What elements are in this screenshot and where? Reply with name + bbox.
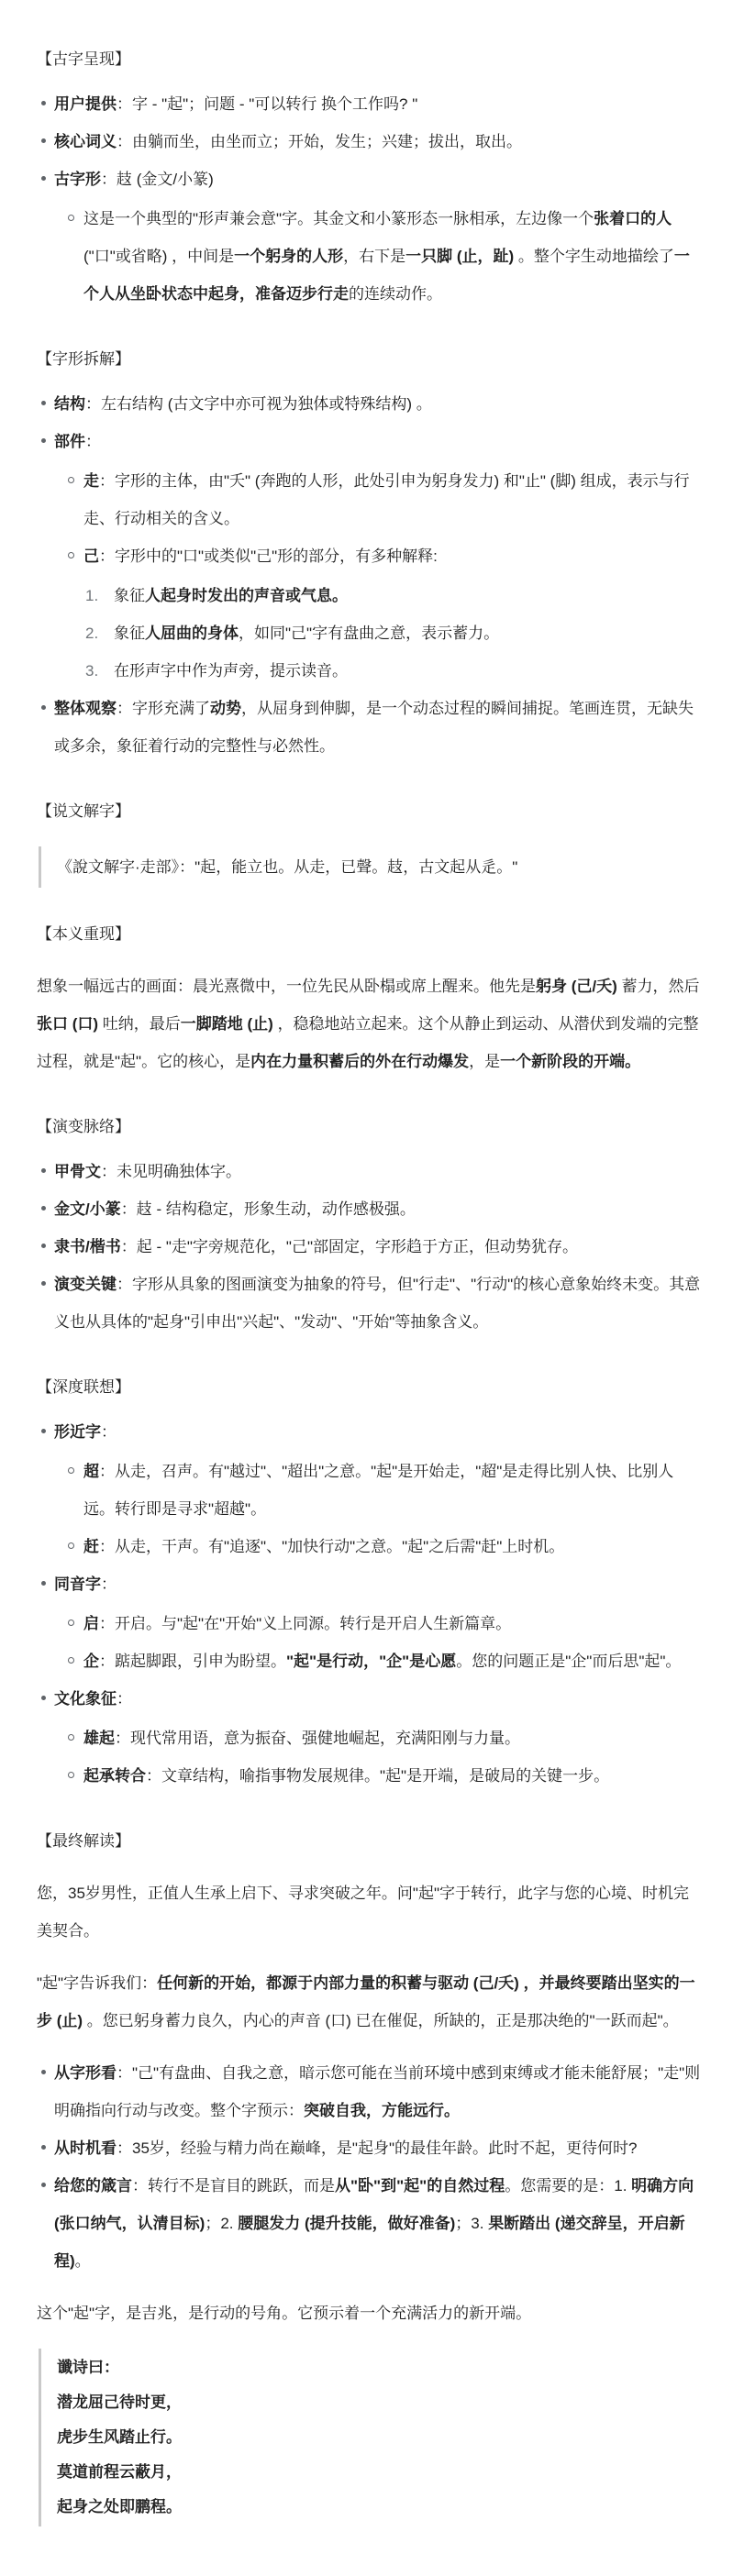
bold-text: 赶: [83, 1538, 99, 1555]
list-item: 隶书/楷书：起 - "走"字旁规范化，"己"部固定，字形趋于方正，但动势犹存。: [37, 1228, 702, 1266]
bold-text: 动势: [210, 700, 241, 717]
list-item: 从字形看："己"有盘曲、自我之意，暗示您可能在当前环境中感到束缚或才能未能舒展；…: [37, 2054, 702, 2129]
plain-text: ：: [101, 1423, 117, 1441]
list-item: 形近字：超：从走，召声。有"越过"、"超出"之意。"起"是开始走，"超"是走得比…: [37, 1413, 702, 1565]
bold-text: 古字形: [54, 171, 101, 188]
bold-text: 整体观察: [54, 700, 117, 717]
poem-line: 潜龙屈己待时更，: [57, 2385, 702, 2420]
plain-text: ：字形充满了: [117, 700, 210, 717]
list: 用户提供：字 - "起"；问题 - "可以转行 换个工作吗? "核心词义：由躺而…: [37, 85, 702, 313]
bold-text: 张着口的人: [594, 210, 672, 227]
bold-text: 形近字: [54, 1423, 101, 1441]
bold-text: 演变关键: [54, 1276, 117, 1293]
plain-text: ：转行不是盲目的跳跃，而是: [132, 2177, 335, 2195]
plain-text: ("口"或省略) ，中间是: [83, 248, 234, 265]
plain-text: ：起 - "走"字旁规范化，"己"部固定，字形趋于方正，但动势犹存。: [121, 1238, 578, 1255]
plain-text: 想象一幅远古的画面：晨光熹微中，一位先民从卧榻或席上醒来。他先是: [37, 978, 536, 995]
list-item: 同音字：启：开启。与"起"在"开始"义上同源。转行是开启人生新篇章。企：踮起脚跟…: [37, 1565, 702, 1680]
poem-line: 虎步生风踏止行。: [57, 2420, 702, 2455]
document-body: 【古字呈现】用户提供：字 - "起"；问题 - "可以转行 换个工作吗? "核心…: [37, 40, 702, 2526]
list-item: 文化象征：雄起：现代常用语，意为振奋、强健地崛起，充满阳刚与力量。起承转合：文章…: [37, 1680, 702, 1795]
bold-text: 一脚踏地 (止): [181, 1015, 278, 1033]
plain-text: ：字 - "起"；问题 - "可以转行 换个工作吗? ": [117, 95, 417, 113]
bold-text: 一个躬身的人形: [234, 248, 343, 265]
bold-text: 突破自我，方能远行。: [304, 2102, 460, 2119]
list-item: 给您的箴言：转行不是盲目的跳跃，而是从"卧"到"起"的自然过程。您需要的是：1.…: [37, 2167, 702, 2280]
plain-text: 。: [75, 2252, 91, 2270]
bold-text: 文化象征: [54, 1690, 117, 1708]
bold-text: 金文/小篆: [54, 1200, 121, 1218]
plain-text: 吐纳，最后: [103, 1015, 181, 1033]
plain-text: ：: [101, 1575, 117, 1593]
section-heading: 【深度联想】: [37, 1368, 702, 1406]
plain-text: ：: [117, 1690, 132, 1708]
list-item: 从时机看：35岁，经验与精力尚在巅峰，是"起身"的最佳年龄。此时不起，更待何时?: [37, 2129, 702, 2167]
bold-text: 从"卧"到"起"的自然过程: [335, 2177, 505, 2195]
bold-text: 雄起: [83, 1730, 115, 1747]
list-item: 在形声字中作为声旁，提示读音。: [83, 652, 702, 690]
bold-text: 从字形看: [54, 2064, 117, 2082]
paragraph: "起"字告诉我们：任何新的开始，都源于内部力量的积蓄与驱动 (己/夭) ，并最终…: [37, 1964, 702, 2040]
list: 启：开启。与"起"在"开始"义上同源。转行是开启人生新篇章。企：踮起脚跟，引申为…: [66, 1605, 702, 1680]
quote: 《說文解字·走部》："起，能立也。从走，已聲。䞚，古文起从辵。": [39, 846, 702, 888]
list-item: 起承转合：文章结构，喻指事物发展规律。"起"是开端，是破局的关键一步。: [66, 1757, 702, 1795]
plain-text: 《說文解字·走部》："起，能立也。从走，已聲。䞚，古文起从辵。": [57, 858, 517, 876]
plain-text: ：左右结构 (古文字中亦可视为独体或特殊结构) 。: [85, 395, 432, 413]
plain-text: ，是: [469, 1053, 500, 1070]
bold-text: 启: [83, 1615, 99, 1632]
list-item: 赶：从走，干声。有"追逐"、"加快行动"之意。"起"之后需"赶"上时机。: [66, 1528, 702, 1565]
bold-text: 同音字: [54, 1575, 101, 1593]
section-heading: 【说文解字】: [37, 792, 702, 830]
list-item: 启：开启。与"起"在"开始"义上同源。转行是开启人生新篇章。: [66, 1605, 702, 1642]
list-item: 超：从走，召声。有"越过"、"超出"之意。"起"是开始走，"超"是走得比别人快、…: [66, 1453, 702, 1528]
section-heading: 【演变脉络】: [37, 1108, 702, 1145]
plain-text: 在形声字中作为声旁，提示读音。: [114, 662, 348, 680]
plain-text: ；3.: [455, 2215, 488, 2232]
list-item: 象征人起身时发出的声音或气息。: [83, 577, 702, 614]
list-item: 整体观察：字形充满了动势，从屈身到伸脚，是一个动态过程的瞬间捕捉。笔画连贯，无缺…: [37, 690, 702, 765]
plain-text: 象征: [114, 625, 145, 642]
bold-text: "起"是行动，"企"是心愿: [286, 1653, 456, 1670]
plain-text: ：字形的主体，由"夭" (奔跑的人形，此处引申为躬身发力) 和"止" (脚) 组…: [83, 472, 690, 527]
plain-text: ：䞚 - 结构稳定，形象生动，动作感极强。: [121, 1200, 416, 1218]
plain-text: 。您需要的是：1.: [505, 2177, 631, 2195]
poem-quote: 谶诗曰：潜龙屈己待时更，虎步生风踏止行。莫道前程云蔽月，起身之处即鹏程。: [39, 2349, 702, 2526]
list: 甲骨文：未见明确独体字。金文/小篆：䞚 - 结构稳定，形象生动，动作感极强。隶书…: [37, 1153, 702, 1341]
bold-text: 用户提供: [54, 95, 117, 113]
bold-text: 人起身时发出的声音或气息。: [145, 587, 348, 604]
bold-text: 张口 (口): [37, 1015, 103, 1033]
plain-text: ：从走，召声。有"越过"、"超出"之意。"起"是开始走，"超"是走得比别人快、比…: [83, 1463, 673, 1518]
plain-text: 的连续动作。: [349, 285, 442, 303]
plain-text: ；2.: [205, 2215, 238, 2232]
plain-text: 蓄力，然后: [622, 978, 700, 995]
section-heading: 【最终解读】: [37, 1822, 702, 1860]
plain-text: 。您已躬身蓄力良久，内心的声音 (口) 已在催促，所缺的，正是那决绝的"一跃而起…: [87, 2012, 679, 2029]
poem-line: 谶诗曰：: [57, 2350, 702, 2385]
poem-line: 莫道前程云蔽月，: [57, 2455, 702, 2490]
plain-text: "起"字告诉我们：: [37, 1974, 157, 1992]
list-item: 金文/小篆：䞚 - 结构稳定，形象生动，动作感极强。: [37, 1190, 702, 1228]
bold-text: 超: [83, 1463, 99, 1480]
plain-text: ：开启。与"起"在"开始"义上同源。转行是开启人生新篇章。: [99, 1615, 511, 1632]
list: 走：字形的主体，由"夭" (奔跑的人形，此处引申为躬身发力) 和"止" (脚) …: [66, 462, 702, 690]
paragraph: 这个"起"字，是吉兆，是行动的号角。它预示着一个充满活力的新开端。: [37, 2294, 702, 2332]
section-heading: 【古字呈现】: [37, 40, 702, 78]
bold-text: 隶书/楷书: [54, 1238, 121, 1255]
list-item: 这是一个典型的"形声兼会意"字。其金文和小篆形态一脉相承，左边像一个张着口的人 …: [66, 200, 702, 313]
list-item: 己：字形中的"口"或类似"己"形的部分，有多种解释:象征人起身时发出的声音或气息…: [66, 537, 702, 690]
bold-text: 部件: [54, 433, 85, 450]
plain-text: ：字形中的"口"或类似"己"形的部分，有多种解释:: [99, 547, 438, 565]
section-heading: 【本义重现】: [37, 915, 702, 953]
list-item: 核心词义：由躺而坐，由坐而立；开始，发生；兴建；拔出，取出。: [37, 123, 702, 160]
list-item: 雄起：现代常用语，意为振奋、强健地崛起，充满阳刚与力量。: [66, 1719, 702, 1757]
plain-text: ：文章结构，喻指事物发展规律。"起"是开端，是破局的关键一步。: [146, 1767, 609, 1785]
plain-text: ：字形从具象的图画演变为抽象的符号，但"行走"、"行动"的核心意象始终未变。其意…: [54, 1276, 700, 1331]
list-item: 甲骨文：未见明确独体字。: [37, 1153, 702, 1190]
list: 象征人起身时发出的声音或气息。象征人屈曲的身体，如同"己"字有盘曲之意，表示蓄力…: [83, 577, 702, 690]
plain-text: 这个"起"字，是吉兆，是行动的号角。它预示着一个充满活力的新开端。: [37, 2305, 531, 2322]
bold-text: 甲骨文: [54, 1163, 101, 1180]
bold-text: 起承转合: [83, 1767, 146, 1785]
list-item: 用户提供：字 - "起"；问题 - "可以转行 换个工作吗? ": [37, 85, 702, 123]
bold-text: 内在力量积蓄后的外在行动爆发: [250, 1053, 469, 1070]
plain-text: ，如同"己"字有盘曲之意，表示蓄力。: [239, 625, 499, 642]
list: 超：从走，召声。有"越过"、"超出"之意。"起"是开始走，"超"是走得比别人快、…: [66, 1453, 702, 1565]
bold-text: 走: [83, 472, 99, 490]
list-item: 象征人屈曲的身体，如同"己"字有盘曲之意，表示蓄力。: [83, 614, 702, 652]
plain-text: ：35岁，经验与精力尚在巅峰，是"起身"的最佳年龄。此时不起，更待何时?: [117, 2139, 637, 2157]
plain-text: ：现代常用语，意为振奋、强健地崛起，充满阳刚与力量。: [115, 1730, 520, 1747]
bold-text: 腰腿发力 (提升技能，做好准备): [238, 2215, 455, 2232]
bold-text: 一个新阶段的开端。: [500, 1053, 640, 1070]
list: 形近字：超：从走，召声。有"越过"、"超出"之意。"起"是开始走，"超"是走得比…: [37, 1413, 702, 1795]
plain-text: ：未见明确独体字。: [101, 1163, 241, 1180]
bold-text: 核心词义: [54, 133, 117, 150]
list-item: 演变关键：字形从具象的图画演变为抽象的符号，但"行走"、"行动"的核心意象始终未…: [37, 1266, 702, 1341]
list-item: 部件：走：字形的主体，由"夭" (奔跑的人形，此处引申为躬身发力) 和"止" (…: [37, 423, 702, 690]
bold-text: 给您的箴言: [54, 2177, 132, 2195]
bold-text: 躬身 (己/夭): [536, 978, 622, 995]
poem-line: 起身之处即鹏程。: [57, 2490, 702, 2525]
list-item: 企：踮起脚跟，引申为盼望。"起"是行动，"企"是心愿。您的问题正是"企"而后思"…: [66, 1642, 702, 1680]
paragraph: 您，35岁男性，正值人生承上启下、寻求突破之年。问"起"字于转行，此字与您的心境…: [37, 1874, 702, 1950]
list-item: 古字形：䞚 (金文/小篆)这是一个典型的"形声兼会意"字。其金文和小篆形态一脉相…: [37, 160, 702, 313]
plain-text: 这是一个典型的"形声兼会意"字。其金文和小篆形态一脉相承，左边像一个: [83, 210, 594, 227]
list: 雄起：现代常用语，意为振奋、强健地崛起，充满阳刚与力量。起承转合：文章结构，喻指…: [66, 1719, 702, 1795]
plain-text: ：䞚 (金文/小篆): [101, 171, 214, 188]
document: 【古字呈现】用户提供：字 - "起"；问题 - "可以转行 换个工作吗? "核心…: [0, 0, 733, 2576]
list-item: 结构：左右结构 (古文字中亦可视为独体或特殊结构) 。: [37, 385, 702, 423]
plain-text: ：踮起脚跟，引申为盼望。: [99, 1653, 286, 1670]
paragraph: 想象一幅远古的画面：晨光熹微中，一位先民从卧榻或席上醒来。他先是躬身 (己/夭)…: [37, 967, 702, 1080]
quote-text: 《說文解字·走部》："起，能立也。从走，已聲。䞚，古文起从辵。": [57, 848, 702, 886]
plain-text: 象征: [114, 587, 145, 604]
bold-text: 从时机看: [54, 2139, 117, 2157]
plain-text: ：: [85, 433, 101, 450]
list: 结构：左右结构 (古文字中亦可视为独体或特殊结构) 。部件：走：字形的主体，由"…: [37, 385, 702, 765]
list: 从字形看："己"有盘曲、自我之意，暗示您可能在当前环境中感到束缚或才能未能舒展；…: [37, 2054, 702, 2280]
bold-text: 结构: [54, 395, 85, 413]
bold-text: 人屈曲的身体: [145, 625, 239, 642]
plain-text: ，右下是: [343, 248, 405, 265]
bold-text: 一只脚 (止，趾): [405, 248, 518, 265]
section-heading: 【字形拆解】: [37, 340, 702, 378]
plain-text: 。整个字生动地描绘了: [518, 248, 674, 265]
list: 这是一个典型的"形声兼会意"字。其金文和小篆形态一脉相承，左边像一个张着口的人 …: [66, 200, 702, 313]
plain-text: ：由躺而坐，由坐而立；开始，发生；兴建；拔出，取出。: [117, 133, 522, 150]
list-item: 走：字形的主体，由"夭" (奔跑的人形，此处引申为躬身发力) 和"止" (脚) …: [66, 462, 702, 537]
plain-text: 。您的问题正是"企"而后思"起"。: [456, 1653, 681, 1670]
bold-text: 企: [83, 1653, 99, 1670]
plain-text: ：从走，干声。有"追逐"、"加快行动"之意。"起"之后需"赶"上时机。: [99, 1538, 564, 1555]
bold-text: 己: [83, 547, 99, 565]
plain-text: 您，35岁男性，正值人生承上启下、寻求突破之年。问"起"字于转行，此字与您的心境…: [37, 1885, 689, 1940]
